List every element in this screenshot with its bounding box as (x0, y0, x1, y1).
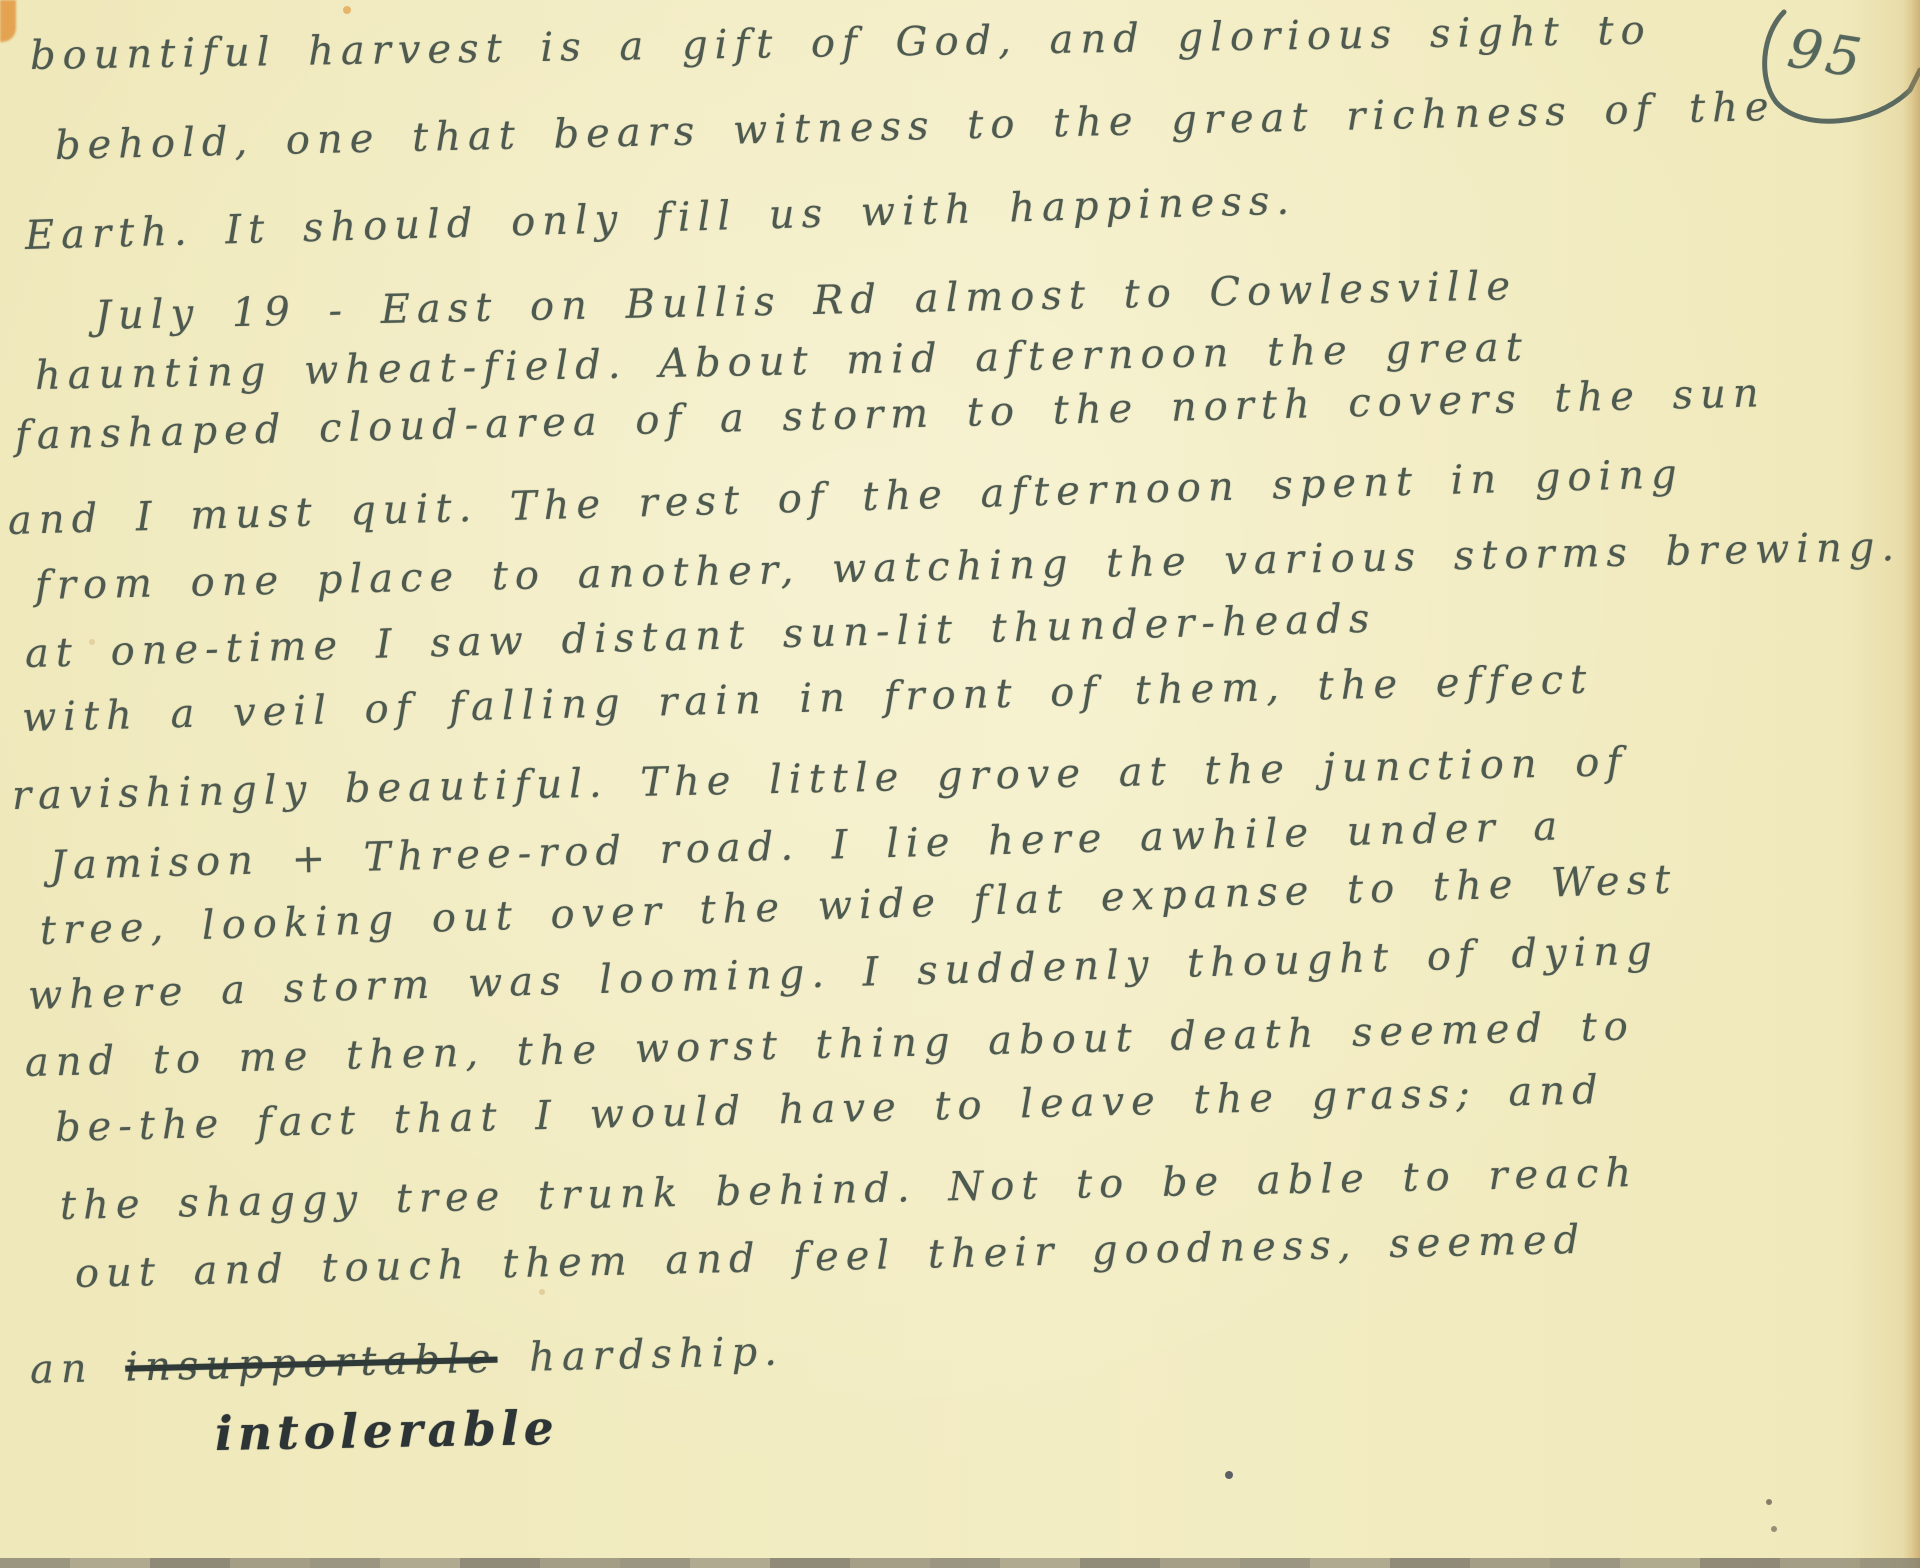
handwritten-line: from one place to another, watching the … (35, 524, 1902, 609)
handwritten-line: out and touch them and feel their goodne… (74, 1217, 1586, 1297)
correction-word: intolerable (215, 1402, 560, 1462)
correction-line-suffix: hardship. (529, 1329, 785, 1381)
ink-specks (0, 0, 4, 4)
struck-word: insupportable (125, 1336, 498, 1391)
handwritten-line: at one-time I saw distant sun-lit thunde… (24, 596, 1376, 677)
handwritten-line: bountiful harvest is a gift of God, and … (30, 8, 1652, 79)
handwritten-line: behold, one that bears witness to the gr… (54, 84, 1776, 169)
correction-line-prefix: an (29, 1345, 94, 1393)
paper-corner-stain (0, 0, 16, 42)
paper-edge-bottom (0, 1558, 1920, 1568)
journal-page: 95 bountiful harvest is a gift of God, a… (0, 0, 1920, 1568)
paper-edge-right (1902, 0, 1920, 1568)
handwritten-line: and I must quit. The rest of the afterno… (7, 451, 1684, 544)
handwritten-line: Earth. It should only fill us with happi… (24, 178, 1296, 259)
handwritten-line: the shaggy tree trunk behind. Not to be … (60, 1150, 1639, 1229)
page-number: 95 (1784, 16, 1870, 90)
handwritten-line-correction: an insupportable hardship. (29, 1329, 784, 1393)
